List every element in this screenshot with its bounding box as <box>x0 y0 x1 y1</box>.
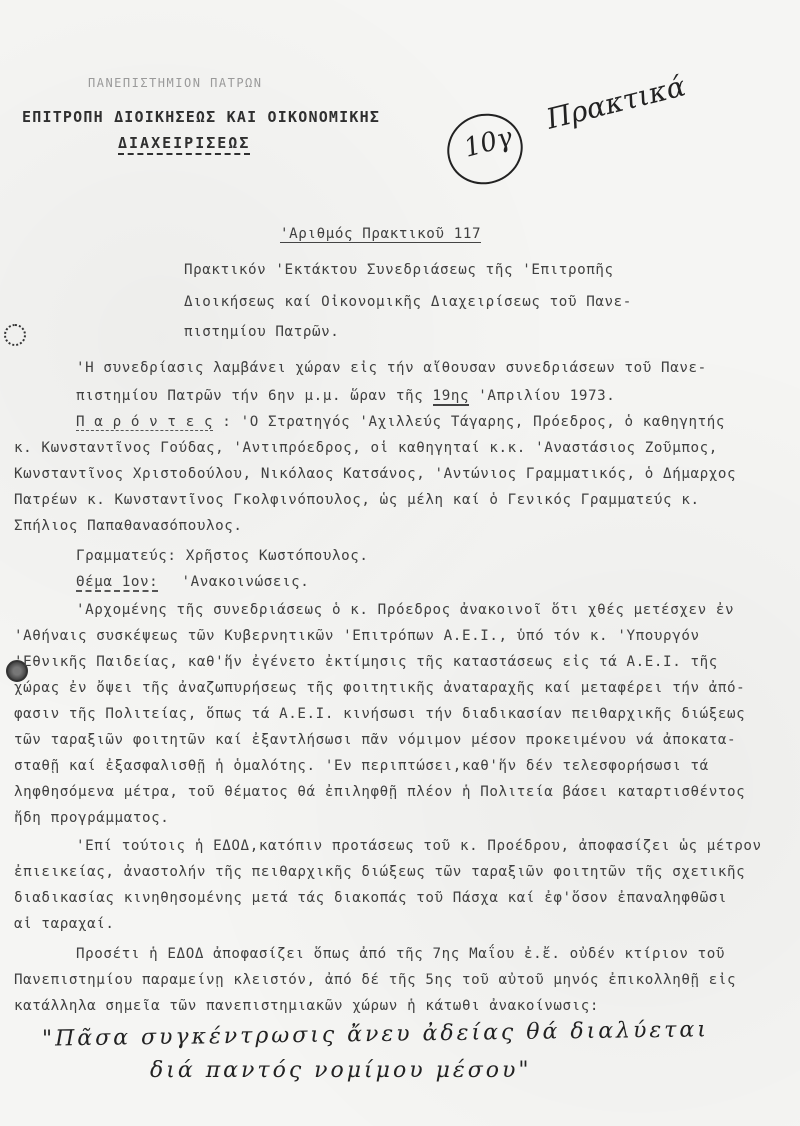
announcement-line: χώρας ἐν ὄψει τῆς ἀναζωπυρήσεως τῆς φοιτ… <box>14 680 745 696</box>
present-label: Π α ρ ό ν τ ε ς <box>76 414 213 431</box>
decision-line: 'Επί τούτοις ἡ ΕΔΟΔ,κατόπιν προτάσεως το… <box>76 838 762 854</box>
additional-line: Πανεπιστημίου παραμείνῃ κλειστόν, ἀπό δέ… <box>14 972 736 988</box>
minutes-title-line: Πρακτικόν 'Εκτάκτου Συνεδριάσεως τῆς 'Επ… <box>184 262 614 278</box>
announcement-line: φασιν τῆς Πολιτείας, ὅπως τά Α.Ε.Ι. κινή… <box>14 706 745 722</box>
announcement-line: ληφθησόμενα μέτρα, τοῦ θέματος θά ἐπιληφ… <box>14 784 745 800</box>
present-line: Π α ρ ό ν τ ε ς : 'Ο Στρατηγός 'Αχιλλεύς… <box>76 414 725 430</box>
meeting-line: 'Η συνεδρίασις λαμβάνει χώραν εἰς τήν αἴ… <box>76 360 707 376</box>
topic-line: Θέμα 1ον: 'Ανακοινώσεις. <box>76 574 309 590</box>
present-text: : 'Ο Στρατηγός 'Αχιλλεύς Τάγαρης, Πρόεδρ… <box>222 414 725 430</box>
decision-line: διαδικασίας κινηθησομένης μετά τάς διακο… <box>14 890 727 906</box>
present-line: Σπήλιος Παπαθανασόπουλος. <box>14 518 243 534</box>
minutes-title-line: πιστημίου Πατρῶν. <box>184 324 339 340</box>
meeting-date-day: 19ης <box>433 388 470 406</box>
present-line: Πατρέων κ. Κωνσταντῖνος Γκολφινόπουλος, … <box>14 492 700 508</box>
additional-line: κατάλληλα σημεῖα τῶν πανεπιστημιακῶν χώρ… <box>14 998 599 1014</box>
minutes-number: 'Αριθμός Πρακτικοῦ 117 <box>280 226 481 243</box>
minutes-title-line: Διοικήσεως καί Οἰκονομικῆς Διαχειρίσεως … <box>184 294 632 310</box>
committee-heading: ΕΠΙΤΡΟΠΗ ΔΙΟΙΚΗΣΕΩΣ ΚΑΙ ΟΙΚΟΝΟΜΙΚΗΣ <box>22 108 380 126</box>
handwritten-quote-line: "Πᾶσα συγκέντρωσις ἄνευ ἀδείας θά διαλύε… <box>42 1017 709 1051</box>
meeting-line: πιστημίου Πατρῶν τήν 6ην μ.μ. ὥραν τῆς 1… <box>76 388 615 404</box>
decision-line: ἐπιεικείας, ἀναστολήν τῆς πειθαρχικῆς δι… <box>14 864 745 880</box>
present-line: Κωνσταντῖνος Χριστοδούλου, Νικόλαος Κατσ… <box>14 466 736 482</box>
punch-hole-mark <box>4 324 26 346</box>
handwritten-note: Πρακτικά <box>543 69 689 135</box>
secretary-line: Γραμματεύς: Χρῆστος Κωστόπουλος. <box>76 548 369 564</box>
announcement-line: ἤδη προγράμματος. <box>14 810 169 826</box>
document-page: ΠΑΝΕΠΙΣΤΗΜΙΟΝ ΠΑΤΡΩΝ ΕΠΙΤΡΟΠΗ ΔΙΟΙΚΗΣΕΩΣ… <box>0 0 800 1126</box>
meeting-date-month: 'Απριλίου 1973. <box>478 388 615 404</box>
decision-line: αἱ ταραχαί. <box>14 916 115 932</box>
meeting-line-text: πιστημίου Πατρῶν τήν 6ην μ.μ. ὥραν τῆς <box>76 388 423 404</box>
announcement-line: σταθῇ καί ἐξασφαλισθῇ ἡ ὁμαλότης. 'Εν πε… <box>14 758 709 774</box>
announcement-line: τῶν ταραξιῶν φοιτητῶν καί ἐξαντλήσωσι πᾶ… <box>14 732 736 748</box>
announcement-line: 'Εθνικῆς Παιδείας, καθ'ἥν ἐγένετο ἐκτίμη… <box>14 654 718 670</box>
announcement-line: 'Αρχομένης τῆς συνεδριάσεως ὁ κ. Πρόεδρο… <box>76 602 734 618</box>
institution-heading: ΠΑΝΕΠΙΣΤΗΜΙΟΝ ΠΑΤΡΩΝ <box>88 76 263 90</box>
committee-heading-sub: ΔΙΑΧΕΙΡΙΣΕΩΣ <box>118 134 250 155</box>
announcement-line: 'Αθήναις συσκέψεως τῶν Κυβερνητικῶν 'Επι… <box>14 628 700 644</box>
additional-line: Προσέτι ἡ ΕΔΟΔ ἀποφασίζει ὅπως ἀπό τῆς 7… <box>76 946 725 962</box>
handwritten-quote-line: διά παντός νομίμου μέσου" <box>150 1058 531 1083</box>
topic-value: 'Ανακοινώσεις. <box>181 574 309 590</box>
topic-label: Θέμα 1ον: <box>76 574 158 592</box>
present-line: κ. Κωνσταντῖνος Γούδας, 'Αντιπρόεδρος, ο… <box>14 440 718 456</box>
